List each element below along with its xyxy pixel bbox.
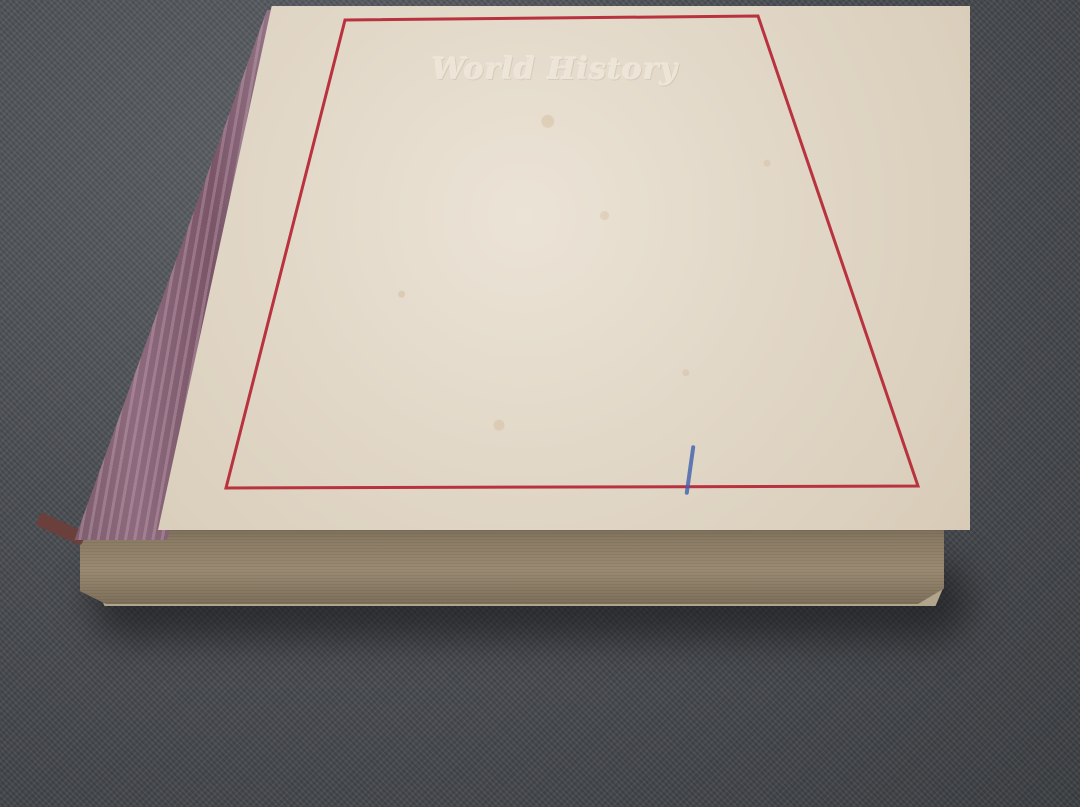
cover-border-frame (0, 0, 1080, 807)
cover-title: World History (395, 52, 715, 87)
